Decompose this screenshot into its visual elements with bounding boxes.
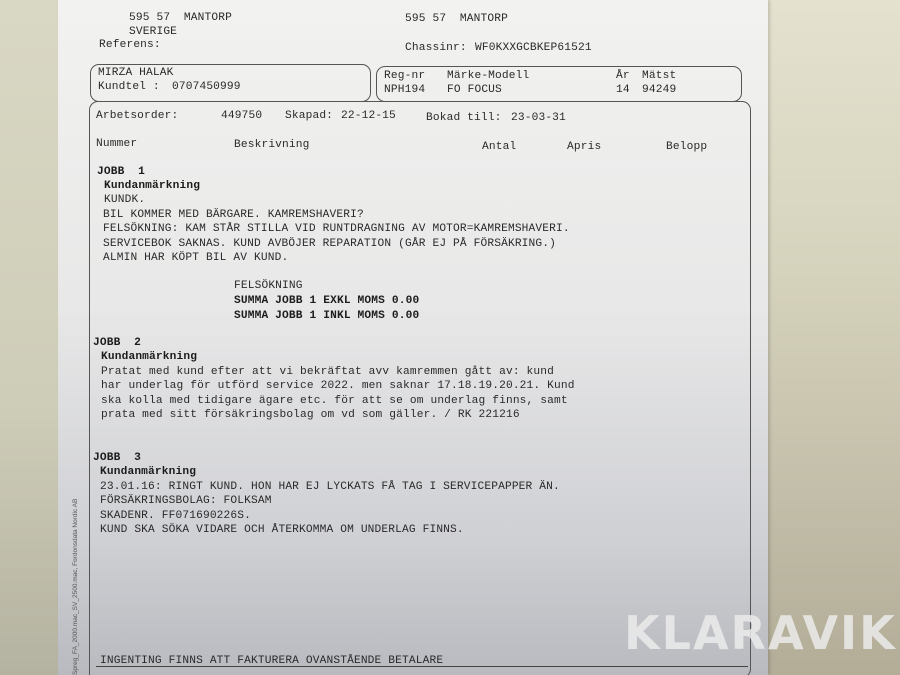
job1-line: SERVICEBOK SAKNAS. KUND AVBÖJER REPARATI… bbox=[103, 238, 556, 250]
job2-line: Pratat med kund efter att vi bekräftat a… bbox=[101, 366, 554, 378]
year-label: År bbox=[616, 70, 630, 82]
mileage-value: 94249 bbox=[642, 84, 676, 96]
job1-sum-exkl: SUMMA JOBB 1 EXKL MOMS 0.00 bbox=[234, 295, 419, 307]
job2-title: JOBB 2 bbox=[93, 337, 141, 349]
bokad-label: Bokad till: bbox=[426, 112, 502, 124]
model-label: Märke-Modell bbox=[447, 70, 529, 82]
year-value: 14 bbox=[616, 84, 630, 96]
col-beskrivning: Beskrivning bbox=[234, 139, 310, 151]
customer-phone-label: Kundtel : bbox=[98, 81, 160, 93]
job2-line: ska kolla med tidigare ägare etc. för at… bbox=[101, 395, 568, 407]
skapad-label: Skapad: bbox=[285, 110, 333, 122]
referens-label: Referens: bbox=[99, 39, 161, 51]
regnr-value: NPH194 bbox=[384, 84, 425, 96]
footer-divider bbox=[96, 666, 748, 667]
job1-sum-inkl: SUMMA JOBB 1 INKL MOMS 0.00 bbox=[234, 310, 419, 322]
job3-line: KUND SKA SÖKA VIDARE OCH ÅTERKOMMA OM UN… bbox=[100, 524, 464, 536]
col-nummer: Nummer bbox=[96, 138, 137, 150]
job3-line: SKADENR. FF071690226S. bbox=[100, 510, 251, 522]
bokad-value: 23-03-31 bbox=[511, 112, 566, 124]
watermark-logo: KLARAVIK bbox=[624, 606, 897, 660]
job1-line: KUNDK. bbox=[104, 194, 145, 206]
left-address-line2: SVERIGE bbox=[129, 26, 177, 38]
skapad-value: 22-12-15 bbox=[341, 110, 396, 122]
job2-line: prata med sitt försäkringsbolag om vd so… bbox=[101, 409, 520, 421]
left-address-line1: 595 57 MANTORP bbox=[129, 12, 232, 24]
job2-subtitle: Kundanmärkning bbox=[101, 351, 197, 363]
chassinr-label: Chassinr: bbox=[405, 42, 467, 54]
job1-subtitle: Kundanmärkning bbox=[104, 180, 200, 192]
background-wall-right bbox=[768, 0, 900, 675]
job1-line: BIL KOMMER MED BÄRGARE. KAMREMSHAVERI? bbox=[103, 209, 364, 221]
customer-phone-value: 0707450999 bbox=[172, 81, 241, 93]
job2-line: har underlag för utförd service 2022. me… bbox=[101, 380, 575, 392]
mileage-label: Mätst bbox=[642, 70, 676, 82]
col-belopp: Belopp bbox=[666, 141, 707, 153]
background-wall-left bbox=[0, 0, 58, 675]
arbetsorder-value: 449750 bbox=[221, 110, 262, 122]
job3-subtitle: Kundanmärkning bbox=[100, 466, 196, 478]
vehicle-box bbox=[376, 66, 742, 102]
col-antal: Antal bbox=[482, 141, 516, 153]
job1-line: ALMIN HAR KÖPT BIL AV KUND. bbox=[103, 252, 288, 264]
job1-item: FELSÖKNING bbox=[234, 280, 303, 292]
chassinr-value: WF0KXXGCBKEP61521 bbox=[475, 42, 592, 54]
job1-title: JOBB 1 bbox=[97, 166, 145, 178]
col-apris: Apris bbox=[567, 141, 601, 153]
arbetsorder-label: Arbetsorder: bbox=[96, 110, 178, 122]
right-address-line1: 595 57 MANTORP bbox=[405, 13, 508, 25]
job1-line: FELSÖKNING: KAM STÅR STILLA VID RUNTDRAG… bbox=[103, 223, 570, 235]
side-print-text: Spreg_FA_2000.mac_SV_2500.mac, Fordonsda… bbox=[72, 510, 88, 675]
model-value: FO FOCUS bbox=[447, 84, 502, 96]
job3-title: JOBB 3 bbox=[93, 452, 141, 464]
job3-line: FÖRSÄKRINGSBOLAG: FOLKSAM bbox=[100, 495, 272, 507]
regnr-label: Reg-nr bbox=[384, 70, 425, 82]
customer-name: MIRZA HALAK bbox=[98, 67, 174, 79]
job3-line: 23.01.16: RINGT KUND. HON HAR EJ LYCKATS… bbox=[100, 481, 560, 493]
